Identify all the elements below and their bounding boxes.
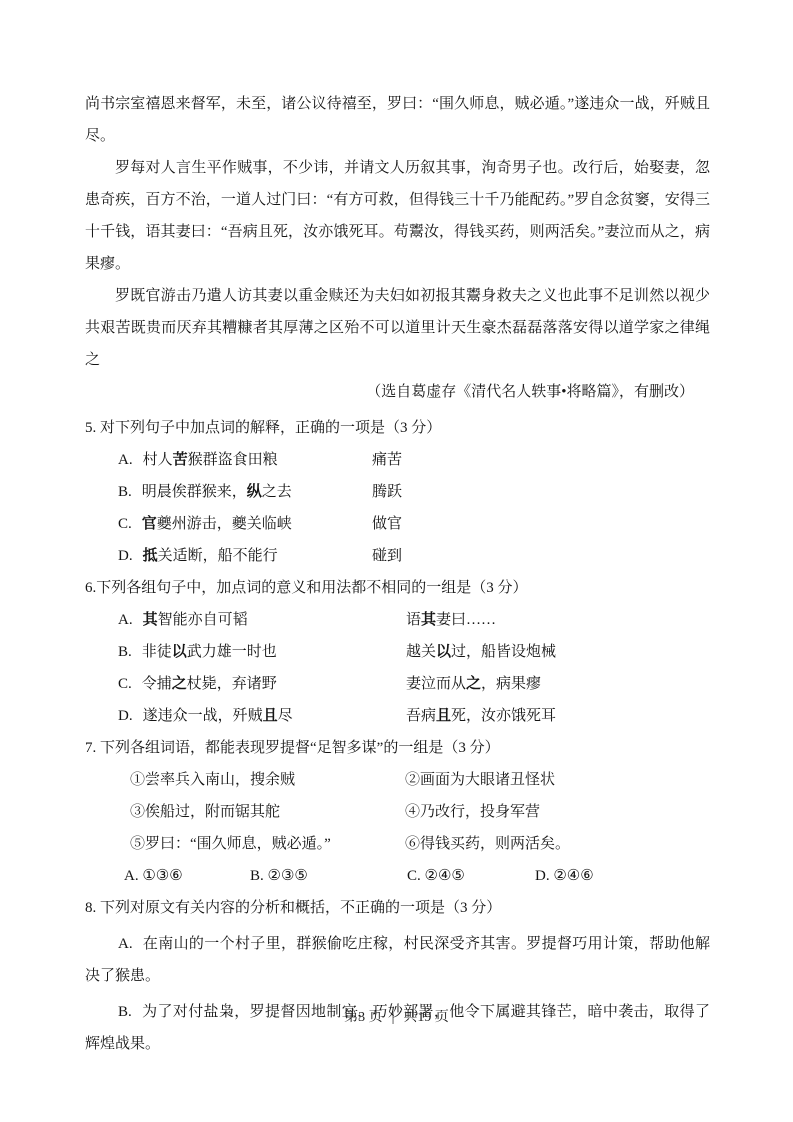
emphasized-char: 纵 <box>247 483 262 500</box>
option-pre: 村人 <box>143 452 173 468</box>
phrase-post: ，病果瘳 <box>481 676 541 692</box>
numbered-item: ③俟船过，附而锯其舵 <box>130 796 405 828</box>
question-7-items-row: ⑤罗曰：“围久师息，贼必遁。” ⑥得钱买药，则两活矣。 <box>85 828 710 860</box>
option-label: B. <box>118 644 132 660</box>
answer-choice: B. ②③⑤ <box>250 860 407 892</box>
phrase-pre: 令捕 <box>142 676 172 692</box>
question-8-option-b: B.为了对付盐枭，罗提督因地制宜，巧妙部署，他令下属避其锋芒，暗中袭击，取得了辉… <box>85 996 710 1060</box>
option-text: C.官夔州游击，夔关临峡 <box>118 508 372 540</box>
option-gloss: 痛苦 <box>372 444 402 476</box>
option-gloss: 碰到 <box>372 540 402 572</box>
option-post: 关适断，船不能行 <box>158 548 278 564</box>
numbered-item: ⑥得钱买药，则两活矣。 <box>405 828 570 860</box>
phrase-pre: 非徒 <box>142 644 172 660</box>
question-6-option-a: A.其智能亦自可韬 语其妻曰…… <box>85 604 710 636</box>
option-left-phrase: C.令捕之杖毙，弃诸野 <box>118 668 406 700</box>
option-left-phrase: B.非徒以武力雄一时也 <box>118 636 406 668</box>
emphasized-char: 且 <box>436 707 451 724</box>
option-left-phrase: D.遂违众一战，歼贼且尽 <box>118 700 406 732</box>
exam-page: 尚书宗室禧恩来督军，未至，诸公议待禧至，罗曰：“围久师息，贼必遁。”遂违众一战，… <box>0 0 793 1122</box>
option-text: 在南山的一个村子里，群猴偷吃庄稼，村民深受齐其害。罗提督巧用计策，帮助他解决了猴… <box>85 936 710 984</box>
question-6-option-c: C.令捕之杖毙，弃诸野 妻泣而从之，病果瘳 <box>85 668 710 700</box>
option-label: A. <box>118 612 133 628</box>
option-right-phrase: 语其妻曰…… <box>406 604 496 636</box>
question-7-stem: 7. 下列各组词语，都能表现罗提督“足智多谋”的一组是（3 分） <box>85 732 710 764</box>
option-right-phrase: 吾病且死，汝亦饿死耳 <box>406 700 556 732</box>
question-7-answer-choices: A. ①③⑥ B. ②③⑤ C. ②④⑤ D. ②④⑥ <box>85 860 710 892</box>
question-5-option-d: D.抵关适断，船不能行 碰到 <box>85 540 710 572</box>
question-7-items-row: ①尝率兵入南山，搜余贼 ②画面为大眼诸丑怪状 <box>85 764 710 796</box>
phrase-pre: 语 <box>406 612 421 628</box>
phrase-post: 妻曰…… <box>436 612 496 628</box>
page-footer: 第3 页|共19 页 <box>0 1008 793 1028</box>
option-label: A. <box>118 936 133 952</box>
emphasized-char: 苦 <box>173 451 188 468</box>
question-7-items-row: ③俟船过，附而锯其舵 ④乃改行，投身军营 <box>85 796 710 828</box>
option-label: B. <box>118 484 132 500</box>
answer-choice: D. ②④⑥ <box>535 860 594 892</box>
option-label: C. <box>118 516 132 532</box>
question-8: 8. 下列对原文有关内容的分析和概括，不正确的一项是（3 分） A.在南山的一个… <box>85 892 710 1060</box>
body-paragraph: 罗每对人言生平作贼事，不少讳，并请文人历叙其事，洵奇男子也。改行后，始娶妻，忽患… <box>85 152 710 280</box>
option-pre: 明晨俟群猴来， <box>142 484 247 500</box>
question-5-option-b: B.明晨俟群猴来，纵之去 腾跃 <box>85 476 710 508</box>
emphasized-char: 之 <box>172 675 187 692</box>
question-5-option-c: C.官夔州游击，夔关临峡 做官 <box>85 508 710 540</box>
emphasized-char: 以 <box>436 643 451 660</box>
question-8-option-a: A.在南山的一个村子里，群猴偷吃庄稼，村民深受齐其害。罗提督巧用计策，帮助他解决… <box>85 928 710 992</box>
phrase-post: 杖毙，弃诸野 <box>187 676 277 692</box>
phrase-pre: 遂违众一战，歼贼 <box>143 708 263 724</box>
body-paragraph: 罗既官游击乃遣人访其妻以重金赎还为夫妇如初报其鬻身救夫之义也此事不足训然以视少共… <box>85 280 710 376</box>
numbered-item: ①尝率兵入南山，搜余贼 <box>130 764 405 796</box>
question-8-stem: 8. 下列对原文有关内容的分析和概括，不正确的一项是（3 分） <box>85 892 710 924</box>
question-6-option-b: B.非徒以武力雄一时也 越关以过，船皆设炮械 <box>85 636 710 668</box>
emphasized-char: 且 <box>263 707 278 724</box>
phrase-post: 智能亦自可韬 <box>158 612 248 628</box>
answer-choice: A. ①③⑥ <box>124 860 250 892</box>
option-right-phrase: 妻泣而从之，病果瘳 <box>406 668 541 700</box>
option-text: B.明晨俟群猴来，纵之去 <box>118 476 372 508</box>
footer-separator: | <box>383 1010 404 1025</box>
numbered-item: ④乃改行，投身军营 <box>405 796 540 828</box>
emphasized-char: 官 <box>142 515 157 532</box>
option-label: C. <box>118 676 132 692</box>
option-left-phrase: A.其智能亦自可韬 <box>118 604 406 636</box>
question-6: 6.下列各组句子中，加点词的意义和用法都不相同的一组是（3 分） A.其智能亦自… <box>85 572 710 732</box>
option-text: A.村人苦猴群盗食田粮 <box>118 444 372 476</box>
phrase-pre: 吾病 <box>406 708 436 724</box>
emphasized-char: 其 <box>421 611 436 628</box>
page-content: 尚书宗室禧恩来督军，未至，诸公议待禧至，罗曰：“围久师息，贼必遁。”遂违众一战，… <box>85 88 710 1060</box>
option-gloss: 腾跃 <box>372 476 402 508</box>
page-number: 第3 页 <box>344 1010 383 1025</box>
question-5: 5. 对下列句子中加点词的解释，正确的一项是（3 分） A.村人苦猴群盗食田粮 … <box>85 412 710 572</box>
option-label: A. <box>118 452 133 468</box>
question-6-option-d: D.遂违众一战，歼贼且尽 吾病且死，汝亦饿死耳 <box>85 700 710 732</box>
option-right-phrase: 越关以过，船皆设炮械 <box>406 636 556 668</box>
option-post: 猴群盗食田粮 <box>188 452 278 468</box>
emphasized-char: 抵 <box>143 547 158 564</box>
emphasized-char: 之 <box>466 675 481 692</box>
option-post: 夔州游击，夔关临峡 <box>157 516 292 532</box>
numbered-item: ⑤罗曰：“围久师息，贼必遁。” <box>130 828 405 860</box>
numbered-item: ②画面为大眼诸丑怪状 <box>405 764 555 796</box>
option-post: 之去 <box>262 484 292 500</box>
total-pages: 共19 页 <box>403 1010 449 1025</box>
option-label: D. <box>118 548 133 564</box>
phrase-pre: 越关 <box>406 644 436 660</box>
answer-choice: C. ②④⑤ <box>407 860 535 892</box>
option-label: D. <box>118 708 133 724</box>
phrase-post: 过，船皆设炮械 <box>451 644 556 660</box>
option-text: D.抵关适断，船不能行 <box>118 540 372 572</box>
emphasized-char: 以 <box>172 643 187 660</box>
body-paragraph: 尚书宗室禧恩来督军，未至，诸公议待禧至，罗曰：“围久师息，贼必遁。”遂违众一战，… <box>85 88 710 152</box>
phrase-post: 武力雄一时也 <box>187 644 277 660</box>
question-6-stem: 6.下列各组句子中，加点词的意义和用法都不相同的一组是（3 分） <box>85 572 710 604</box>
phrase-pre: 妻泣而从 <box>406 676 466 692</box>
phrase-post: 尽 <box>278 708 293 724</box>
source-attribution: （选自葛虚存《清代名人轶事•将略篇》，有删改） <box>85 376 710 408</box>
option-gloss: 做官 <box>372 508 402 540</box>
phrase-post: 死，汝亦饿死耳 <box>451 708 556 724</box>
emphasized-char: 其 <box>143 611 158 628</box>
question-5-stem: 5. 对下列句子中加点词的解释，正确的一项是（3 分） <box>85 412 710 444</box>
question-7: 7. 下列各组词语，都能表现罗提督“足智多谋”的一组是（3 分） ①尝率兵入南山… <box>85 732 710 892</box>
question-5-option-a: A.村人苦猴群盗食田粮 痛苦 <box>85 444 710 476</box>
